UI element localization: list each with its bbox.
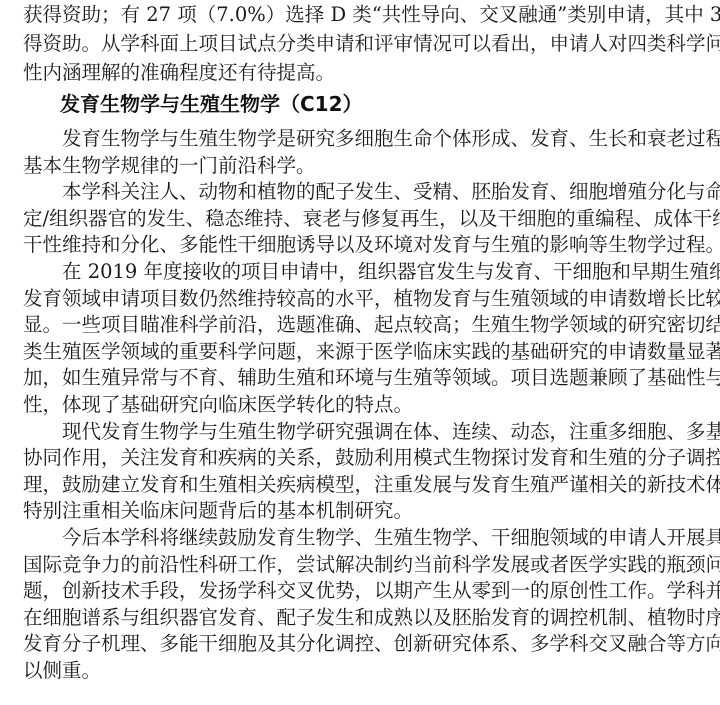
text-line: 发育生物学与生殖生物学是研究多细胞生命个体形成、发育、生长和衰老过程中的 <box>62 126 697 152</box>
text-line: 国际竞争力的前沿性科研工作，尝试解决制约当前科学发展或者医学实践的瓶颈问 <box>23 552 697 578</box>
text-line: 得资助。从学科面上项目试点分类申请和评审情况可以看出，申请人对四类科学问题属 <box>23 31 697 57</box>
text-line: 加，如生殖异常与不育、辅助生殖和环境与生殖等领域。项目选题兼顾了基础性与应用 <box>23 365 697 391</box>
text-line: 协同作用，关注发育和疾病的关系，鼓励利用模式生物探讨发育和生殖的分子调控机 <box>23 445 697 471</box>
text-line: 性内涵理解的准确程度还有待提高。 <box>23 60 697 86</box>
text-line: 干性维持和分化、多能性干细胞诱导以及环境对发育与生殖的影响等生物学过程。 <box>23 232 697 258</box>
text-line: 本学科关注人、动物和植物的配子发生、受精、胚胎发育、细胞增殖分化与命运决 <box>62 179 697 205</box>
text-line: 理，鼓励建立发育和生殖相关疾病模型，注重发展与发育生殖严谨相关的新技术体系， <box>23 472 697 498</box>
text-line: 以侧重。 <box>23 658 697 684</box>
text-line: 在 2019 年度接收的项目申请中，组织器官发生与发育、干细胞和早期生殖细胞的 <box>62 259 697 285</box>
text-line: 基本生物学规律的一门前沿科学。 <box>23 153 697 179</box>
text-line: 显。一些项目瞄准科学前沿，选题准确、起点较高；生殖生物学领域的研究密切结合人 <box>23 312 697 338</box>
text-line: 现代发育生物学与生殖生物学研究强调在体、连续、动态，注重多细胞、多基因的 <box>62 419 697 445</box>
text-line: 题，创新技术手段，发扬学科交叉优势，以期产生从零到一的原创性工作。学科并将 <box>23 578 697 604</box>
text-line: 获得资助；有 27 项（7.0%）选择 D 类“共性导向、交叉融通”类别申请，其… <box>23 2 697 28</box>
text-line: 发育分子机理、多能干细胞及其分化调控、创新研究体系、多学科交叉融合等方向予 <box>23 631 697 657</box>
text-line: 发育领域申请项目数仍然维持较高的水平，植物发育与生殖领域的申请数增长比较明 <box>23 286 697 312</box>
text-line: 特别注重相关临床问题背后的基本机制研究。 <box>23 498 697 524</box>
text-line: 类生殖医学领域的重要科学问题，来源于医学临床实践的基础研究的申请数量显著增 <box>23 339 697 365</box>
text-line: 在细胞谱系与组织器官发育、配子发生和成熟以及胚胎发育的调控机制、植物时序性 <box>23 605 697 631</box>
text-line: 今后本学科将继续鼓励发育生物学、生殖生物学、干细胞领域的申请人开展具有 <box>62 525 697 551</box>
text-line: 定/组织器官的发生、稳态维持、衰老与修复再生，以及干细胞的重编程、成体干细胞 <box>23 206 697 232</box>
section-heading: 发育生物学与生殖生物学（C12） <box>60 90 363 118</box>
text-line: 性，体现了基础研究向临床医学转化的特点。 <box>23 392 697 418</box>
